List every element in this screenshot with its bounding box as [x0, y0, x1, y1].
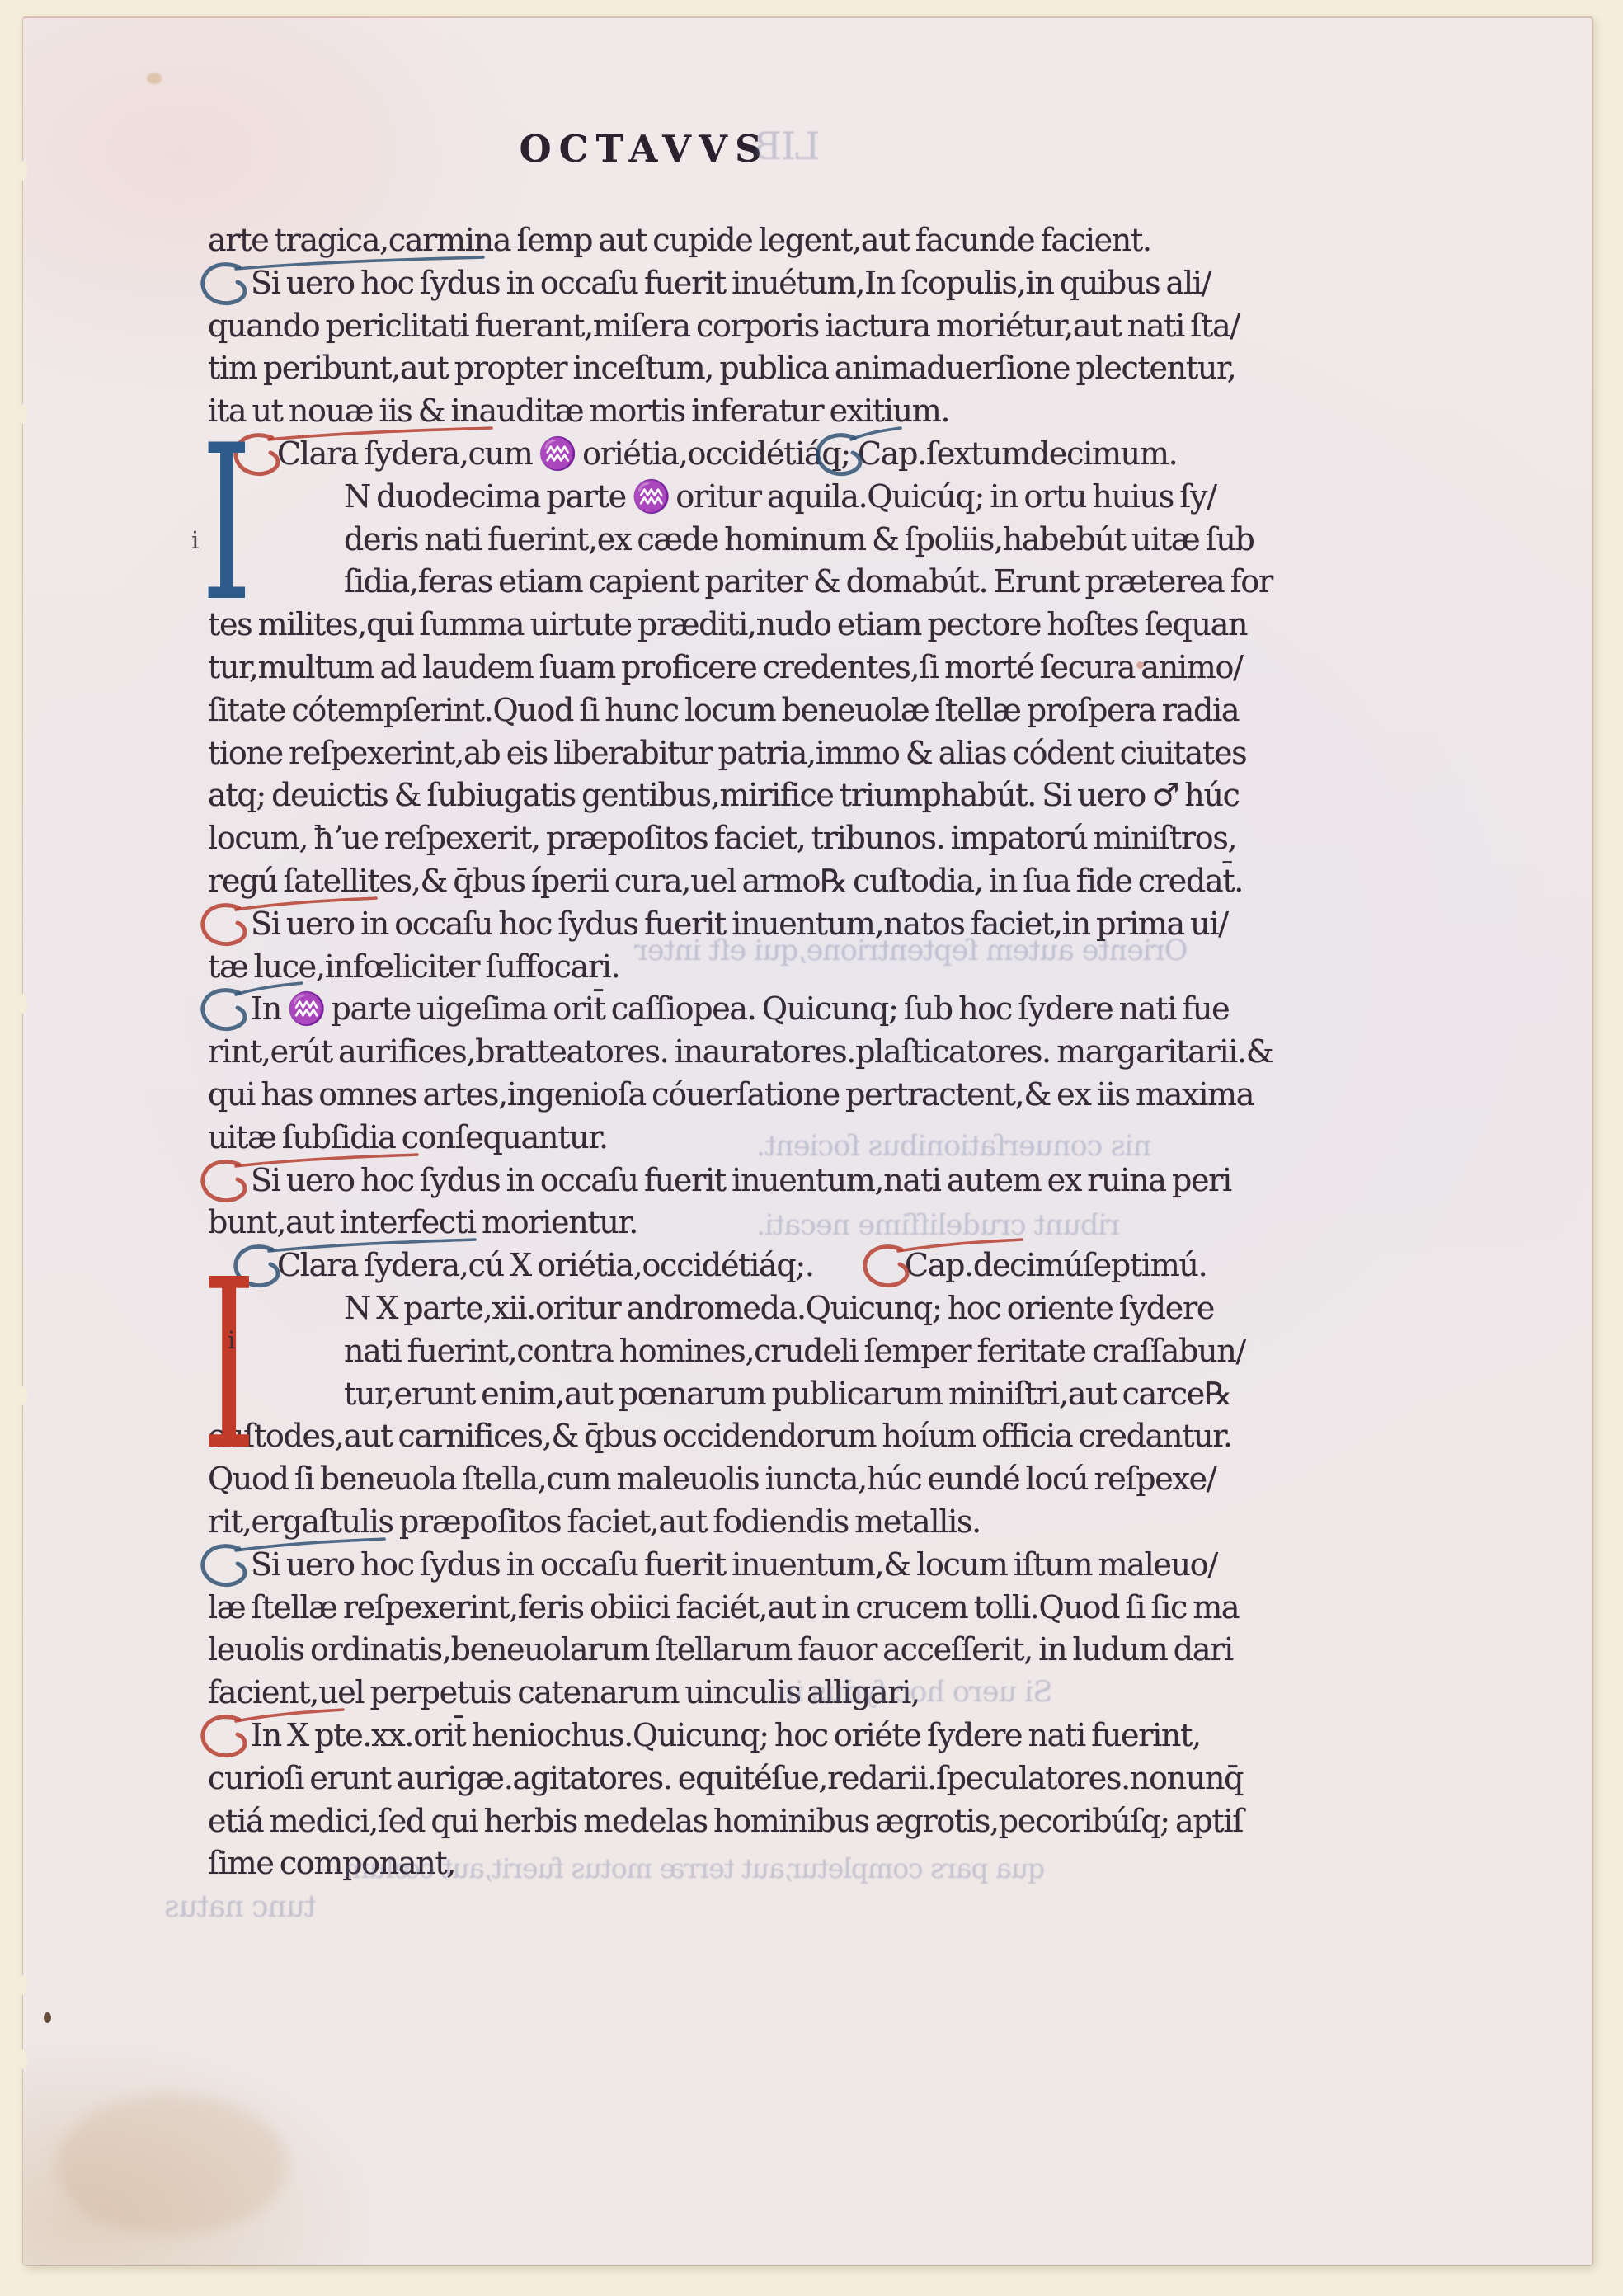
text-line: quando periclitati fuerant,miſera corpor… — [208, 307, 1240, 345]
text-line: tim peribunt,aut propter inceſtum, publi… — [208, 349, 1235, 387]
guide-letter: i — [191, 526, 199, 554]
text-line: bunt,aut interfecti morientur. — [208, 1203, 637, 1241]
text-line: tione reſpexerint,ab eis liberabitur pat… — [208, 734, 1246, 772]
show-through-text: qua pars completur,aut terræ motus fueri… — [345, 1852, 1045, 1884]
text-line: Clara ſydera,cú X oriétia,occidétiáq;.Ca… — [208, 1246, 814, 1284]
edge-notch — [19, 2049, 27, 2069]
text-line: In X pte.xx.orit̄ heniochus.Quicunq; hoc… — [208, 1716, 1201, 1754]
text-line: Si uero hoc ſydus in occaſu fuerit inuét… — [208, 264, 1211, 302]
text-line: N duodecima parte ♒ oritur aquila.Quicúq… — [344, 478, 1216, 515]
wormhole-spot — [44, 2012, 51, 2023]
illuminated-initial-red: I — [201, 1249, 256, 1483]
text-line: N X parte,xii.oritur andromeda.Quicunq; … — [344, 1289, 1214, 1327]
show-through-text: tunc natus — [165, 1890, 316, 1924]
red-ink-spot — [1136, 661, 1144, 669]
line-text: Si uero hoc ſydus in occaſu fuerit inuen… — [251, 1546, 1217, 1583]
text-line: Si uero hoc ſydus in occaſu fuerit inuen… — [208, 1161, 1231, 1199]
show-through-text: nis conuerſationibus ſocient. — [757, 1130, 1151, 1163]
guide-letter: i — [228, 1326, 235, 1354]
text-line: curioſi erunt aurigæ.agitatores. equitéſ… — [208, 1759, 1243, 1797]
illuminated-initial-blue: I — [201, 417, 252, 632]
text-line: Clara ſydera,cum ♒ oriétia,occidétiáq;Ca… — [208, 435, 850, 473]
running-title: OCTAVVS — [518, 127, 770, 171]
text-line: ita ut nouæ iis & inauditæ mortis infera… — [208, 392, 949, 430]
text-line: locum, ħʼue reſpexerit, præpoſitos facie… — [208, 819, 1236, 857]
line-text: Cap.decimúſeptimú. — [905, 1247, 1207, 1283]
show-through-text: Oriente autem ſeptentrione,qui eſt inter — [635, 934, 1188, 967]
text-line: atq; deuictis & ſubiugatis gentibus,miri… — [208, 776, 1240, 814]
text-line: Quod ſi beneuola ſtella,cum maleuolis iu… — [208, 1460, 1216, 1498]
text-line: ſidia,feras etiam capient pariter & doma… — [344, 562, 1273, 600]
text-line: uitæ ſubſidia conſequantur. — [208, 1118, 608, 1156]
line-text: Cap.ſextumdecimum. — [858, 435, 1177, 472]
text-line: In ♒ parte uigeſima orit̄ caſſiopea. Qui… — [208, 990, 1229, 1028]
text-line: tæ luce,infœliciter ſuffocari. — [208, 948, 619, 986]
text-line: etiá medici,ſed qui herbis medelas homin… — [208, 1802, 1243, 1840]
chapter-caption: Cap.decimúſeptimú. — [905, 1246, 1207, 1284]
text-line: rit,ergaſtulis præpoſitos faciet,aut fod… — [208, 1503, 981, 1541]
text-line: tur,multum ad laudem ſuam proficere cred… — [208, 648, 1243, 686]
edge-notch — [19, 1386, 27, 1405]
show-through-text: Si uero hoc ſydus in — [778, 1676, 1052, 1709]
text-line: Si uero hoc ſydus in occaſu fuerit inuen… — [208, 1546, 1217, 1583]
edge-notch — [19, 994, 27, 1014]
corner-stain — [56, 2095, 287, 2235]
text-line: tur,erunt enim,aut pœnarum publicarum mi… — [344, 1375, 1231, 1413]
text-line: rint,erút aurifices,bratteatores. inaura… — [208, 1033, 1273, 1070]
book-leaf: OCTAVVS arte tragica,carmina ſemp aut cu… — [23, 16, 1592, 2265]
line-text: Clara ſydera,cú X oriétia,occidétiáq;. — [277, 1246, 814, 1284]
photo-background: OCTAVVS arte tragica,carmina ſemp aut cu… — [0, 0, 1623, 2296]
text-line: cuſtodes,aut carnifices,& q̄bus occidend… — [208, 1417, 1232, 1455]
edge-notch — [19, 404, 27, 424]
text-line: arte tragica,carmina ſemp aut cupide leg… — [208, 221, 1151, 259]
foxing-spot — [147, 73, 162, 84]
text-line: leuolis ordinatis,beneuolarum ſtellarum … — [208, 1630, 1233, 1668]
show-through-text: ribunt crudeliſſime necati. — [757, 1209, 1120, 1242]
text-line: ſitate cótempſerint.Quod ſi hunc locum b… — [208, 691, 1239, 729]
chapter-caption: Cap.ſextumdecimum. — [858, 435, 1177, 473]
line-text: Si uero hoc ſydus in occaſu fuerit inuen… — [251, 1161, 1231, 1199]
text-line: tes milites,qui ſumma uirtute præditi,nu… — [208, 605, 1247, 643]
line-text: In X pte.xx.orit̄ heniochus.Quicunq; hoc… — [251, 1716, 1201, 1754]
edge-notch — [19, 1975, 27, 1995]
text-line: læ ſtellæ reſpexerint,feris obiici facié… — [208, 1588, 1239, 1626]
text-line: nati fuerint,contra homines,crudeli ſemp… — [344, 1332, 1245, 1370]
text-block: arte tragica,carmina ſemp aut cupide leg… — [208, 221, 1272, 1969]
text-line: regú ſatellites,& q̄bus íperii cura,uel … — [208, 862, 1243, 900]
text-line: deris nati fuerint,ex cæde hominum & ſpo… — [344, 520, 1254, 558]
line-text: Si uero hoc ſydus in occaſu fuerit inuét… — [251, 264, 1211, 302]
line-text: In ♒ parte uigeſima orit̄ caſſiopea. Qui… — [251, 990, 1229, 1028]
text-line: qui has omnes artes,ingenioſa cóuerſatio… — [208, 1075, 1254, 1113]
show-through-text: LIB — [755, 124, 821, 168]
line-text: Clara ſydera,cum ♒ oriétia,occidétiáq; — [277, 435, 850, 473]
edge-notch — [19, 161, 27, 181]
